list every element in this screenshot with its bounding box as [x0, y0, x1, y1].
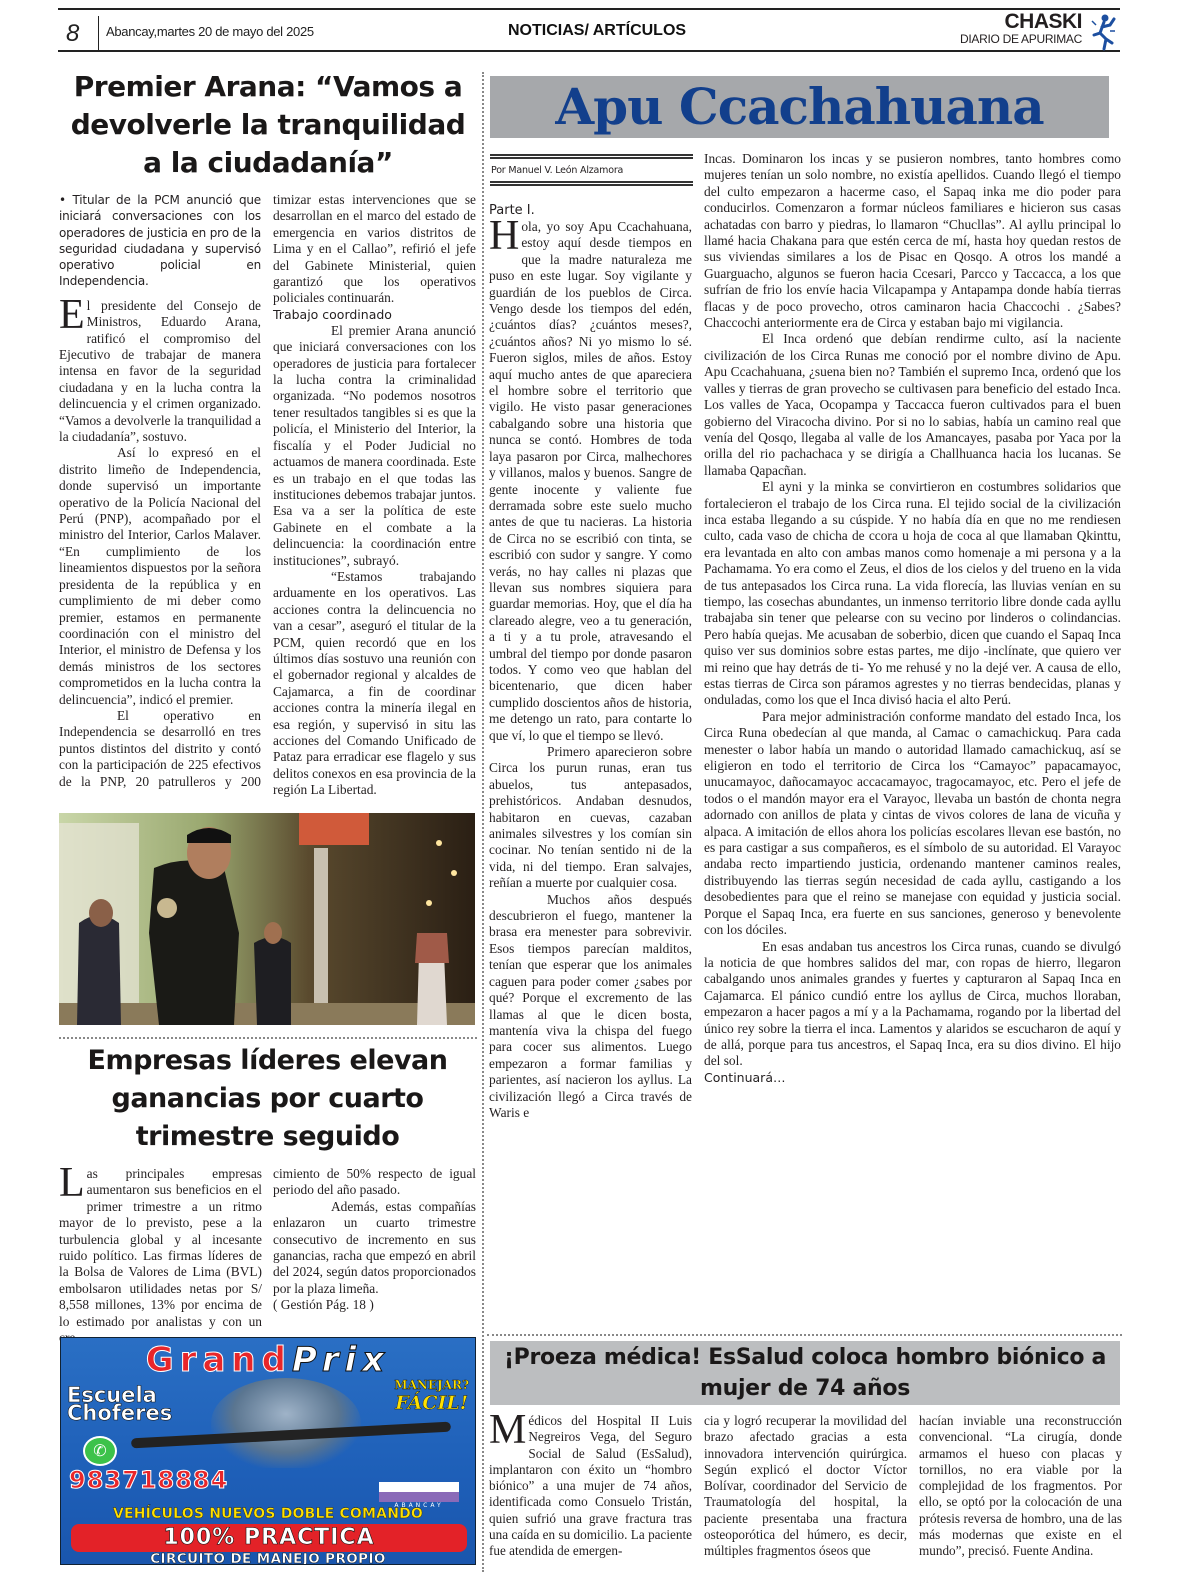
ad-practice-banner: 100% PRACTICA	[71, 1524, 467, 1552]
apu-paragraph-2: Primero aparecieron sobre Circa los puru…	[489, 744, 692, 892]
apu-column-2: Incas. Dominaron los incas y se pusieron…	[704, 151, 1121, 1086]
proeza-paragraph-1-cont: cia y logró recuperar la movilidad del b…	[704, 1413, 907, 1560]
empresas-paragraph-1-cont: cimiento de 50% respecto de igual period…	[273, 1166, 476, 1199]
arana-column-1: • Titular de la PCM anunció que iniciará…	[59, 192, 261, 790]
ad-vehicles-line: VEHÍCULOS NUEVOS DOBLE COMANDO	[61, 1506, 475, 1522]
proeza-paragraph-1: Médicos del Hospital II Luis Negreiros V…	[489, 1413, 692, 1560]
masthead-brand: CHASKI DIARIO DE APURIMAC	[960, 12, 1082, 46]
whatsapp-icon: ✆	[83, 1436, 117, 1466]
headline-empresas: Empresas líderes elevan ganancias por cu…	[60, 1042, 475, 1156]
arana-lead: • Titular de la PCM anunció que iniciará…	[59, 192, 261, 290]
proeza-title-banner: ¡Proeza médica! EsSalud coloca hombro bi…	[490, 1341, 1120, 1405]
arana-subhead: Trabajo coordinado	[273, 307, 476, 323]
ad-title: GrandPrix	[61, 1340, 475, 1380]
continues-label: Continuará…	[704, 1070, 1121, 1086]
police-photo	[59, 813, 475, 1025]
proeza-paragraph-1-end: hacían inviable una reconstrucción conve…	[919, 1413, 1122, 1560]
empresas-column-2: cimiento de 50% respecto de igual period…	[273, 1166, 476, 1314]
apu-part-label: Parte I.	[489, 203, 692, 219]
chaski-runner-icon	[1090, 13, 1116, 51]
driving-school-ad[interactable]: GrandPrix EscuelaChoferes MANEJAR?FÁCIL!…	[60, 1337, 476, 1565]
byline: Por Manuel V. León Alzamora	[490, 159, 693, 181]
proeza-column-3: hacían inviable una reconstrucción conve…	[919, 1413, 1122, 1560]
empresas-paragraph-2: Además, estas compañías enlazaron un cua…	[273, 1199, 476, 1297]
arana-paragraph-5: “Estamos trabajando arduamente en los op…	[273, 569, 476, 799]
section-divider	[487, 1334, 1122, 1336]
column-separator	[482, 72, 484, 1572]
empresas-column-1: Las principales empresas aumentaron sus …	[59, 1166, 262, 1346]
byline-box: Por Manuel V. León Alzamora	[490, 154, 693, 186]
proeza-column-2: cia y logró recuperar la movilidad del b…	[704, 1413, 907, 1560]
apu-paragraph-4: Incas. Dominaron los incas y se pusieron…	[704, 151, 1121, 331]
issue-date: Abancay,martes 20 de mayo del 2025	[106, 24, 314, 39]
header-divider	[98, 16, 99, 52]
ad-phone-number[interactable]: 983718884	[69, 1466, 228, 1494]
apu-paragraph-7: Para mejor administración conforme manda…	[704, 709, 1121, 939]
drop-cap: L	[59, 1168, 85, 1199]
drop-cap: E	[59, 300, 85, 331]
arana-column-2: timizar estas intervenciones que se desa…	[273, 192, 476, 799]
ad-driver-image	[211, 1378, 361, 1468]
apu-column-1: Parte I. Hola, yo soy Apu Ccachahuana, e…	[489, 203, 692, 1321]
drop-cap: H	[489, 221, 519, 252]
brand-subtitle: DIARIO DE APURIMAC	[960, 32, 1082, 46]
apu-paragraph-8: En esas andaban tus ancestros los Circa …	[704, 939, 1121, 1070]
ad-circuit-line: CIRCUITO DE MANEJO PROPIO	[61, 1551, 475, 1565]
apu-title-banner: Apu Ccachahuana	[490, 76, 1109, 138]
arana-paragraph-3-cont: timizar estas intervenciones que se desa…	[273, 192, 476, 307]
apu-paragraph-5: El Inca ordenó que debían rendirme culto…	[704, 331, 1121, 479]
arana-paragraph-3: El operativo en Independencia se desarro…	[59, 708, 261, 790]
empresas-paragraph-1: Las principales empresas aumentaron sus …	[59, 1166, 262, 1346]
abancay-flag-icon	[379, 1482, 459, 1502]
headline-proeza: ¡Proeza médica! EsSalud coloca hombro bi…	[490, 1341, 1120, 1404]
page-header: 8 Abancay,martes 20 de mayo del 2025 NOT…	[58, 8, 1120, 52]
police-operation-image	[59, 813, 475, 1025]
arana-paragraph-2: Así lo expresó en el distrito limeño de …	[59, 445, 261, 708]
headline-arana: Premier Arana: “Vamos a devolverle la tr…	[58, 68, 478, 182]
section-title: NOTICIAS/ ARTÍCULOS	[508, 22, 686, 40]
drop-cap: M	[489, 1415, 526, 1446]
ad-school-label: EscuelaChoferes	[67, 1386, 172, 1422]
apu-paragraph-6: El ayni y la minka se convirtieron en co…	[704, 479, 1121, 709]
proeza-column-1: Médicos del Hospital II Luis Negreiros V…	[489, 1413, 692, 1560]
brand-name: CHASKI	[960, 12, 1082, 32]
apu-paragraph-3: Muchos años después descubrieron el fueg…	[489, 892, 692, 1122]
arana-paragraph-1: El presidente del Consejo de Ministros, …	[59, 298, 261, 446]
double-rule	[490, 181, 693, 186]
arana-paragraph-4: El premier Arana anunció que iniciará co…	[273, 323, 476, 569]
apu-title: Apu Ccachahuana	[490, 76, 1109, 138]
apu-paragraph-1: Hola, yo soy Apu Ccachahuana, estoy aquí…	[489, 219, 692, 744]
section-divider	[59, 1037, 477, 1039]
ad-slogan: MANEJAR?FÁCIL!	[394, 1378, 469, 1414]
page-number: 8	[66, 20, 79, 48]
empresas-source: ( Gestión Pág. 18 )	[273, 1297, 476, 1313]
